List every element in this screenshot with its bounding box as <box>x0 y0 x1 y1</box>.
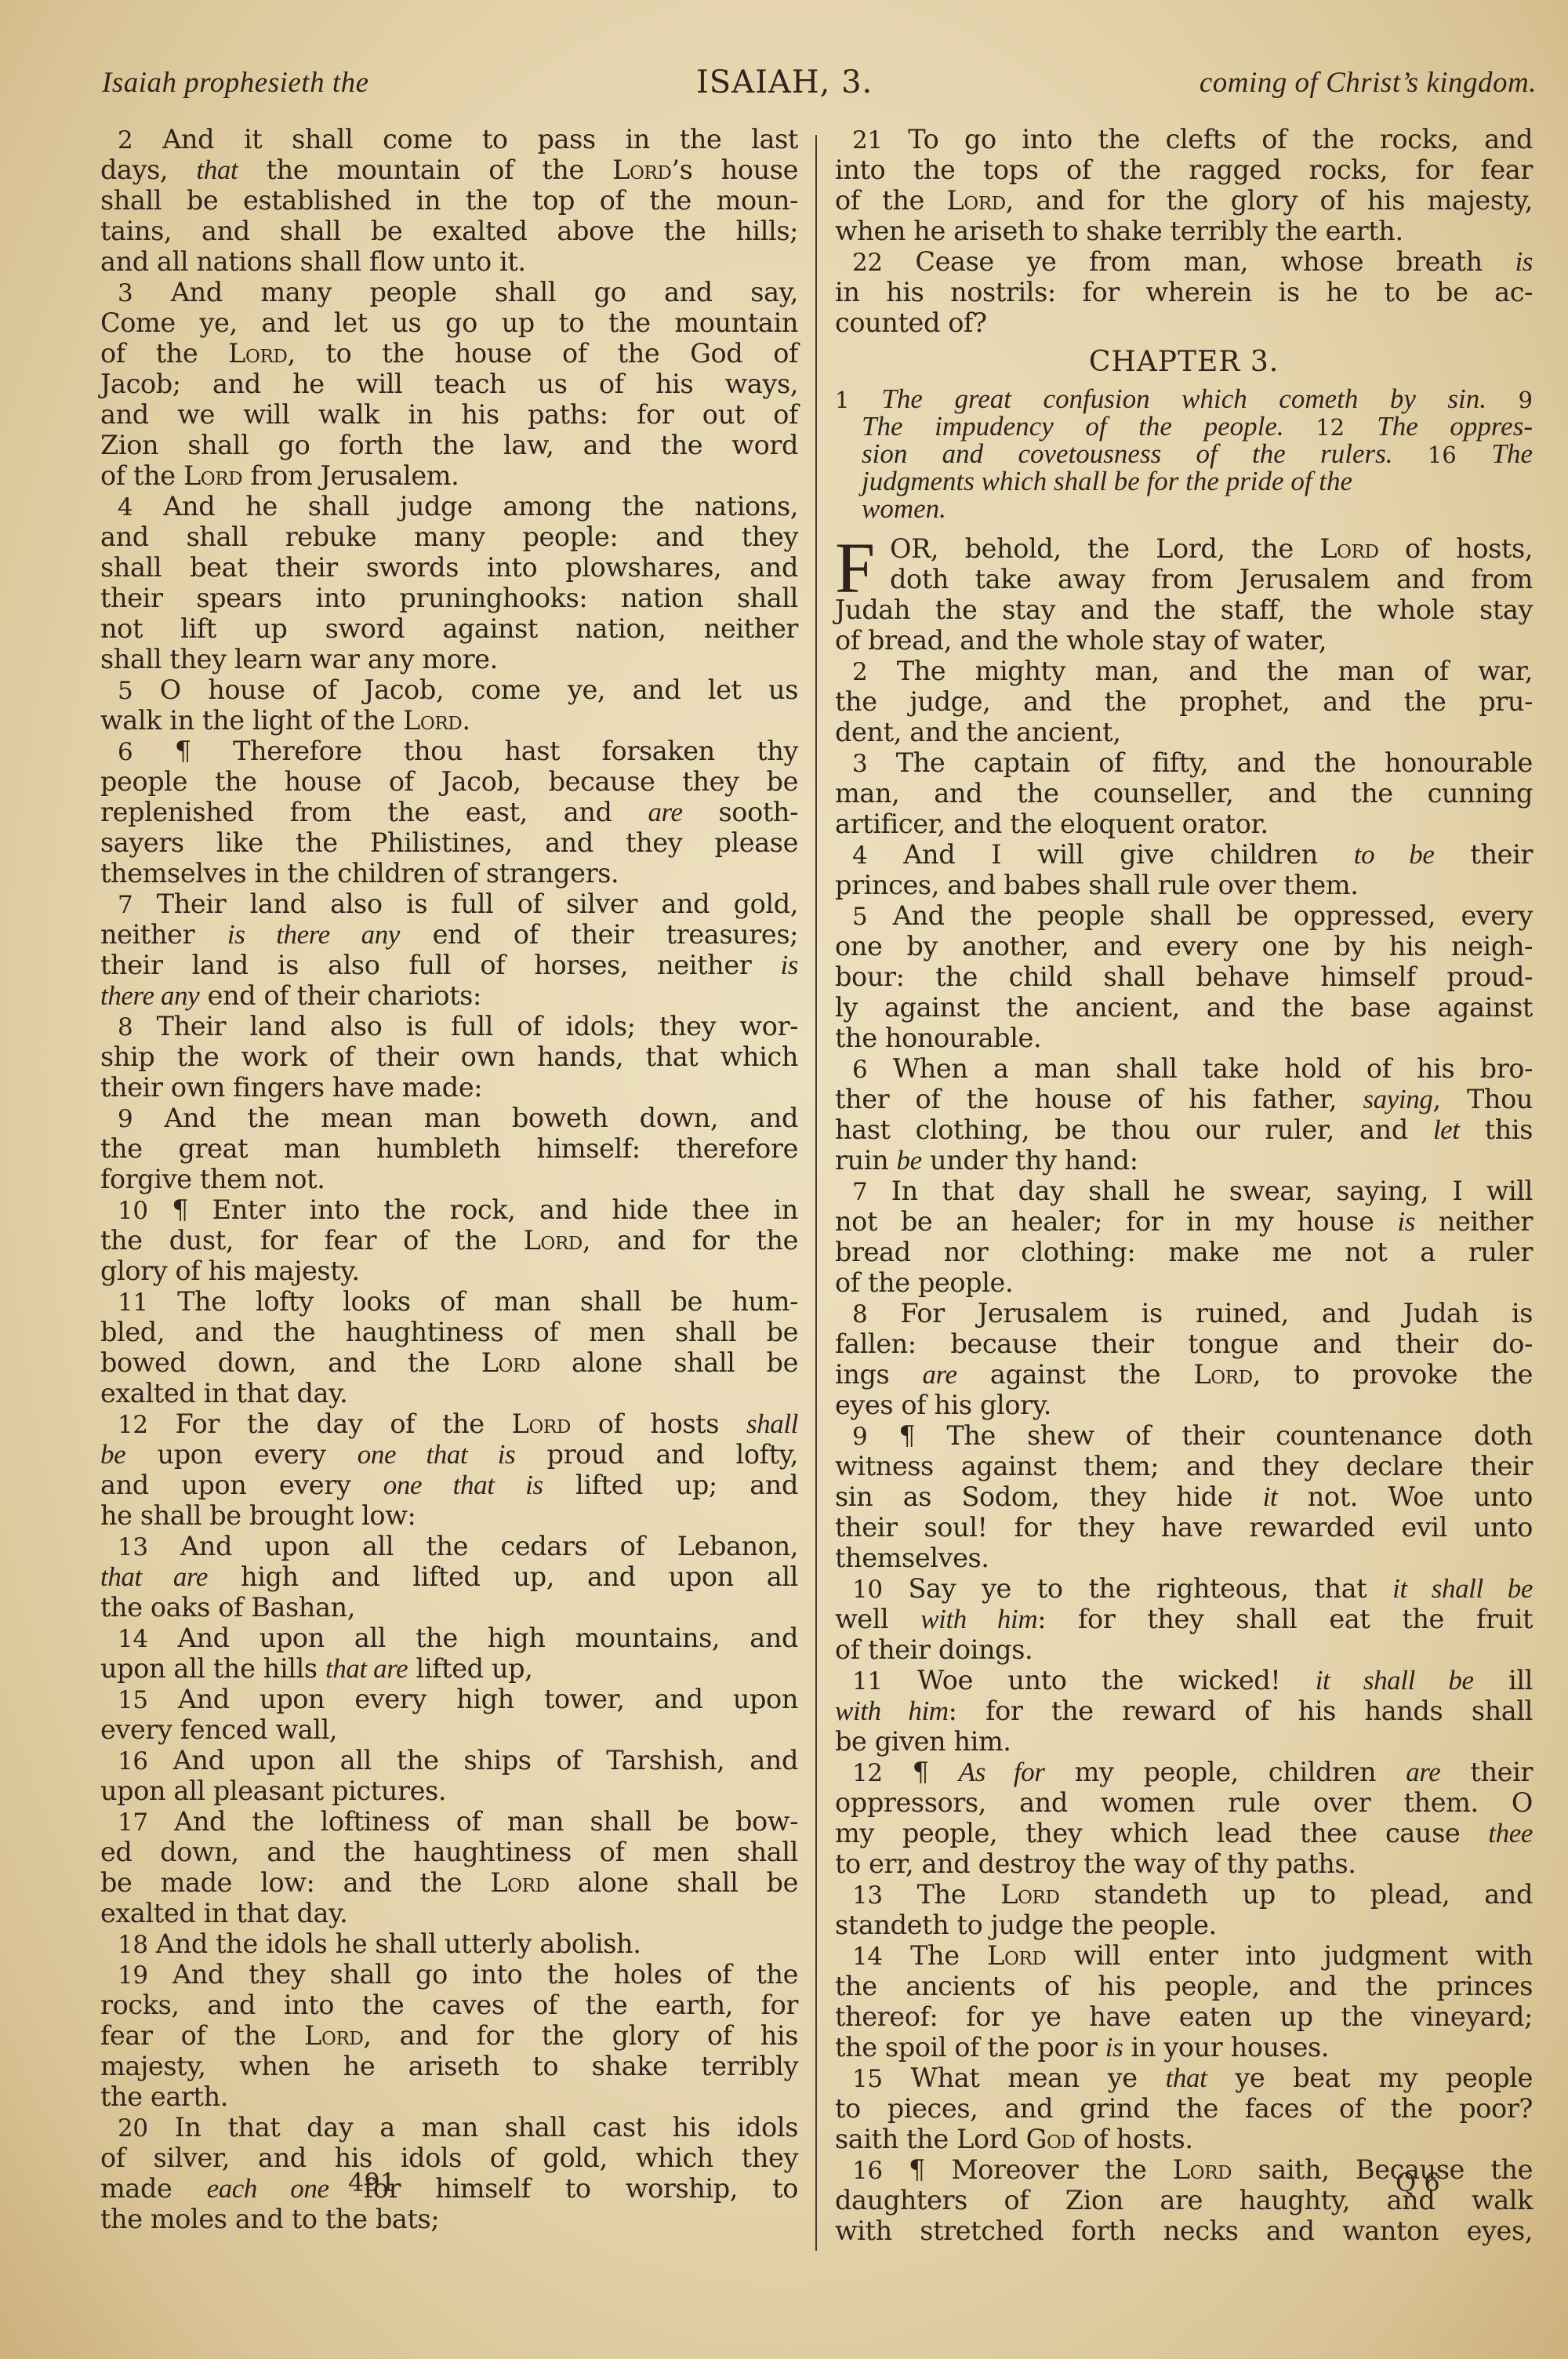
italic-supplied-word: judgments which shall be for the pride o… <box>862 466 1352 496</box>
text-line: doth take away from Jerusalem and from <box>835 564 1533 594</box>
column-divider-rule <box>815 135 817 2251</box>
text-run: their own fingers have made: <box>100 1072 482 1103</box>
verse-number: 4 <box>118 493 132 522</box>
text-run: to pieces, and grind the faces of the po… <box>835 2093 1533 2124</box>
text-run: against the <box>957 1359 1194 1390</box>
text-line: ruin be under thy hand: <box>835 1145 1533 1176</box>
text-line: be upon every one that is proud and loft… <box>100 1439 798 1470</box>
text-line: fallen: because their tongue and their d… <box>835 1329 1533 1359</box>
small-caps-divine-name: Lord <box>403 705 462 736</box>
text-line: 9 ¶ The shew of their countenance doth <box>835 1420 1533 1451</box>
text-run: ship the work of their own hands, that w… <box>100 1041 798 1072</box>
text-run: Jacob; and he will teach us of his ways, <box>100 369 798 399</box>
text-line: eyes of his glory. <box>835 1390 1533 1420</box>
verse-number: 22 <box>852 249 883 277</box>
text-run: their land is also full of horses, neith… <box>100 950 780 980</box>
text-run: the moles and to the bats; <box>100 2204 439 2234</box>
text-run: Come ye, and let us go up to the mountai… <box>100 307 798 338</box>
text-run: ye beat my people <box>1207 2063 1533 2093</box>
text-line: Come ye, and let us go up to the mountai… <box>100 307 798 338</box>
small-caps-divine-name: Lord <box>1000 1879 1059 1910</box>
text-line: 15 And upon every high tower, and upon <box>100 1684 798 1714</box>
text-run: And the idols he shall utterly abolish. <box>148 1928 641 1959</box>
text-line: 16 And upon all the ships of Tarshish, a… <box>100 1745 798 1776</box>
text-line: thereof: for ye have eaten up the vineya… <box>835 2001 1533 2032</box>
text-line: forgive them not. <box>100 1164 798 1194</box>
text-line: and all nations shall flow unto it. <box>100 246 798 277</box>
text-run: into the tops of the ragged rocks, for f… <box>835 154 1533 185</box>
chapter-summary: 1 The great confusion which cometh by si… <box>835 385 1533 522</box>
text-line: the moles and to the bats; <box>100 2204 798 2234</box>
text-run: and upon every <box>100 1470 383 1500</box>
text-run: will enter into judgment with <box>1046 1940 1533 1971</box>
verse-number: 12 <box>118 1411 148 1439</box>
text-run: forgive them not. <box>100 1164 325 1194</box>
text-line: glory of his majesty. <box>100 1256 798 1286</box>
verse-number: 2 <box>852 658 867 686</box>
text-line: 10 ¶ Enter into the rock, and hide thee … <box>100 1194 798 1225</box>
text-run: shall be established in the top of the m… <box>100 185 798 216</box>
text-run: exalted in that day. <box>100 1898 347 1928</box>
text-run: man, and the counseller, and the cunning <box>835 778 1533 809</box>
text-run: , to provoke the <box>1253 1359 1533 1390</box>
text-line: sayers like the Philistines, and they pl… <box>100 827 798 858</box>
verse-number: 16 <box>118 1747 148 1776</box>
text-line: the oaks of Bashan, <box>100 1592 798 1623</box>
text-line: 2 The mighty man, and the man of war, <box>835 656 1533 686</box>
text-line: shall they learn war any more. <box>100 644 798 674</box>
italic-supplied-word: thee <box>1488 1818 1533 1848</box>
text-run: alone shall be <box>540 1347 798 1378</box>
text-run: he shall be brought low: <box>100 1500 416 1531</box>
text-run: proud and lofty, <box>515 1439 798 1470</box>
text-run: fear of the <box>100 2020 304 2051</box>
text-run: when he ariseth to shake terribly the ea… <box>835 216 1403 246</box>
verse-number: 11 <box>118 1289 148 1317</box>
text-run: days, <box>100 154 196 185</box>
text-line: their own fingers have made: <box>100 1072 798 1103</box>
text-run: OR, behold, the Lord, the <box>890 533 1319 564</box>
text-run: Say ye to the righteous, that <box>883 1573 1393 1604</box>
text-run: For Jerusalem is ruined, and Judah is <box>867 1298 1533 1329</box>
text-line: to pieces, and grind the faces of the po… <box>835 2093 1533 2124</box>
italic-supplied-word: is there any <box>227 919 400 950</box>
text-run: not lift up sword against nation, neithe… <box>100 613 798 644</box>
text-run: alone shall be <box>550 1867 798 1898</box>
text-run: In that day a man shall cast his idols <box>148 2112 798 2143</box>
text-line: into the tops of the ragged rocks, for f… <box>835 154 1533 185</box>
text-run: not. Woe unto <box>1277 1481 1533 1512</box>
text-run: ruin <box>835 1145 897 1176</box>
text-run: fallen: because their tongue and their d… <box>835 1329 1533 1359</box>
small-caps-divine-name: Lord <box>512 1408 571 1439</box>
text-run: And the mean man boweth down, and <box>132 1103 798 1133</box>
text-line: and upon every one that is lifted up; an… <box>100 1470 798 1500</box>
text-line: bled, and the haughtiness of men shall b… <box>100 1317 798 1347</box>
text-run: And the loftiness of man shall be bow- <box>148 1806 798 1837</box>
text-run: to err, and destroy the way of thy paths… <box>835 1848 1356 1879</box>
text-run: standeth up to plead, and <box>1059 1879 1533 1910</box>
text-run: my people, children <box>1045 1757 1406 1787</box>
italic-supplied-word: that are <box>325 1653 408 1684</box>
italic-supplied-word: with him <box>835 1696 949 1726</box>
text-run: not be an healer; for in my house <box>835 1206 1397 1237</box>
text-run: Woe unto the wicked! <box>883 1665 1316 1696</box>
small-caps-divine-name: Lord <box>1319 533 1378 564</box>
text-run: Their land also is full of idols; they w… <box>132 1011 798 1041</box>
text-run: the mountain of the <box>238 154 612 185</box>
text-line: 11 The lofty looks of man shall be hum- <box>100 1286 798 1317</box>
verse-number: 6 <box>852 1056 867 1084</box>
text-run: ’s house <box>671 154 798 185</box>
text-run: well <box>835 1604 920 1634</box>
verse-number: 7 <box>118 891 132 919</box>
text-run: The <box>883 1940 987 1971</box>
italic-supplied-word: there any <box>100 980 199 1011</box>
text-line: majesty, when he ariseth to shake terrib… <box>100 2051 798 2081</box>
text-line: neither is there any end of their treasu… <box>100 919 798 950</box>
text-line: princes, and babes shall rule over them. <box>835 870 1533 900</box>
text-run: the great man humbleth himself: therefor… <box>100 1133 798 1164</box>
text-run: end of their treasures; <box>400 919 798 950</box>
text-run: and shall rebuke many people: and they <box>100 522 798 552</box>
verse-number: 4 <box>852 841 867 870</box>
text-run: 16 <box>1428 442 1492 468</box>
text-line: ed down, and the haughtiness of men shal… <box>100 1837 798 1867</box>
text-run: And it shall come to pass in the last <box>132 124 798 154</box>
verse-number: 5 <box>118 677 132 705</box>
text-line: shall be established in the top of the m… <box>100 185 798 216</box>
text-line: upon all pleasant pictures. <box>100 1776 798 1806</box>
text-line: people the house of Jacob, because they … <box>100 766 798 797</box>
text-line: 6 When a man shall take hold of his bro- <box>835 1053 1533 1084</box>
text-run: ings <box>835 1359 923 1390</box>
text-run: 1 <box>835 387 881 413</box>
text-run: of bread, and the whole stay of water, <box>835 625 1327 656</box>
text-line: 22 Cease ye from man, whose breath is <box>835 246 1533 277</box>
text-run: people the house of Jacob, because they … <box>100 766 798 797</box>
text-run: bled, and the haughtiness of men shall b… <box>100 1317 798 1347</box>
text-run: The <box>883 1879 1000 1910</box>
text-run: 9 <box>1519 387 1533 413</box>
text-run: , and for the glory of his majesty, <box>1006 185 1533 216</box>
verse-number: 13 <box>118 1533 148 1561</box>
text-line: bread nor clothing: make me not a ruler <box>835 1237 1533 1267</box>
italic-supplied-word: The great confusion which cometh by sin. <box>881 383 1518 414</box>
text-line: their spears into pruninghooks: nation s… <box>100 583 798 613</box>
text-run: ill <box>1474 1665 1533 1696</box>
verse-number: 8 <box>118 1013 132 1041</box>
verse-number: 21 <box>852 126 883 154</box>
italic-supplied-word: are <box>1406 1757 1440 1787</box>
text-line: rocks, and into the caves of the earth, … <box>100 1990 798 2020</box>
italic-supplied-word: one that is <box>383 1470 543 1500</box>
text-line: 7 In that day shall he swear, saying, I … <box>835 1176 1533 1206</box>
text-line: not lift up sword against nation, neithe… <box>100 613 798 644</box>
verse-number: 8 <box>852 1300 867 1329</box>
text-run: tains, and shall be exalted above the hi… <box>100 216 798 246</box>
text-run: ¶ <box>883 1757 959 1787</box>
italic-supplied-word: is <box>1397 1206 1415 1237</box>
text-run: The lofty looks of man shall be hum- <box>148 1286 798 1317</box>
text-line: 3 And many people shall go and say, <box>100 277 798 307</box>
text-run: the ancients of his people, and the prin… <box>835 1971 1533 2001</box>
text-line: 11 Woe unto the wicked! it shall be ill <box>835 1665 1533 1696</box>
text-line: 6 ¶ Therefore thou hast forsaken thy <box>100 736 798 766</box>
verse-number: 15 <box>118 1686 148 1714</box>
text-run: of the <box>100 460 183 491</box>
text-line: their soul! for they have rewarded evil … <box>835 1512 1533 1543</box>
text-run: princes, and babes shall rule over them. <box>835 870 1358 900</box>
text-line: the ancients of his people, and the prin… <box>835 1971 1533 2001</box>
text-run: replenished from the east, and <box>100 797 648 827</box>
text-run: , and for the <box>583 1225 798 1256</box>
text-run: the honourable. <box>835 1023 1041 1053</box>
text-run: sayers like the Philistines, and they pl… <box>100 827 798 858</box>
text-run: every fenced wall, <box>100 1714 337 1745</box>
text-run: artificer, and the eloquent orator. <box>835 809 1269 839</box>
text-line: standeth to judge the people. <box>835 1910 1533 1940</box>
verse-number: 19 <box>118 1961 148 1990</box>
verse-number: 15 <box>852 2065 883 2093</box>
text-run: And upon all the cedars of Lebanon, <box>148 1531 798 1561</box>
verse-number: 5 <box>852 903 867 931</box>
text-run: . <box>462 705 470 736</box>
small-caps-divine-name: Lord <box>304 2020 363 2051</box>
text-line: the dust, for fear of the Lord, and for … <box>100 1225 798 1256</box>
verse-number: 3 <box>852 750 867 778</box>
text-line: 14 And upon all the high mountains, and <box>100 1623 798 1653</box>
text-run: and we will walk in his paths: for out o… <box>100 399 798 430</box>
text-run: ¶ Enter into the rock, and hide thee in <box>148 1194 798 1225</box>
text-line: 21 To go into the clefts of the rocks, a… <box>835 124 1533 154</box>
text-run: Zion shall go forth the law, and the wor… <box>100 430 798 460</box>
text-line: 14 The Lord will enter into judgment wit… <box>835 1940 1533 1971</box>
text-run: end of their chariots: <box>199 980 481 1011</box>
text-line: 8 For Jerusalem is ruined, and Judah is <box>835 1298 1533 1329</box>
text-run: sooth- <box>683 797 798 827</box>
italic-supplied-word: be <box>897 1145 922 1176</box>
italic-supplied-word: are <box>923 1359 957 1390</box>
text-run: What mean ye <box>883 2063 1166 2093</box>
text-run: ther of the house of his father, <box>835 1084 1363 1114</box>
verse-number: 14 <box>852 1943 883 1971</box>
text-line: the spoil of the poor is in your houses. <box>835 2032 1533 2063</box>
verse-number: 11 <box>852 1667 883 1696</box>
text-line: The impudency of the people. 12 The oppr… <box>835 413 1533 440</box>
italic-supplied-word: be <box>100 1439 125 1470</box>
verse-number: 12 <box>852 1759 883 1787</box>
text-line: 5 O house of Jacob, come ye, and let us <box>100 674 798 705</box>
text-run: And upon every high tower, and upon <box>148 1684 798 1714</box>
text-run: shall beat their swords into plowshares,… <box>100 552 798 583</box>
text-line: hast clothing, be thou our ruler, and le… <box>835 1114 1533 1145</box>
text-line: ly against the ancient, and the base aga… <box>835 992 1533 1023</box>
text-line: the honourable. <box>835 1023 1533 1053</box>
text-run: , Thou <box>1432 1084 1533 1114</box>
text-line: there any end of their chariots: <box>100 980 798 1011</box>
drop-cap-initial: F <box>835 535 875 601</box>
text-run: Cease ye from man, whose breath <box>883 246 1515 277</box>
italic-supplied-word: each one <box>207 2173 329 2204</box>
text-line: tains, and shall be exalted above the hi… <box>100 216 798 246</box>
verse-number: 6 <box>118 738 132 766</box>
text-run: high and lifted up, and upon all <box>208 1561 798 1592</box>
text-line: ship the work of their own hands, that w… <box>100 1041 798 1072</box>
text-line: oppressors, and women rule over them. O <box>835 1787 1533 1818</box>
text-run: And the people shall be oppressed, every <box>867 900 1533 931</box>
text-run: dent, and the ancient, <box>835 717 1121 747</box>
text-line: ther of the house of his father, saying,… <box>835 1084 1533 1114</box>
italic-supplied-word: with him <box>920 1604 1037 1634</box>
text-run: one by another, and every one by his nei… <box>835 931 1533 961</box>
text-run: with stretched forth necks and wanton ey… <box>835 2215 1533 2246</box>
text-run: and all nations shall flow unto it. <box>100 246 526 277</box>
chapter-3-text: F OR, behold, the Lord, the Lord of host… <box>835 533 1533 2246</box>
text-run: And they shall go into the holes of the <box>148 1959 798 1990</box>
text-run: the spoil of the poor <box>835 2032 1105 2063</box>
text-run: sin as Sodom, they hide <box>835 1481 1263 1512</box>
text-run: of the people. <box>835 1267 1013 1298</box>
italic-supplied-word: is <box>1105 2032 1123 2063</box>
text-run: glory of his majesty. <box>100 1256 360 1286</box>
text-line: when he ariseth to shake terribly the ea… <box>835 216 1533 246</box>
verse-number: 7 <box>852 1178 867 1206</box>
text-line: upon all the hills that are lifted up, <box>100 1653 798 1684</box>
text-line: and shall rebuke many people: and they <box>100 522 798 552</box>
text-line: ings are against the Lord, to provoke th… <box>835 1359 1533 1390</box>
text-run: bour: the child shall behave himself pro… <box>835 961 1533 992</box>
page-number: 491 <box>348 2168 396 2197</box>
text-run: And upon all the ships of Tarshish, and <box>148 1745 798 1776</box>
text-line: 4 And he shall judge among the nations, <box>100 491 798 522</box>
small-caps-divine-name: God <box>1026 2124 1076 2154</box>
text-line: 13 And upon all the cedars of Lebanon, <box>100 1531 798 1561</box>
verse-number: 10 <box>118 1197 148 1225</box>
verse-number: 10 <box>852 1576 883 1604</box>
text-run: the dust, for fear of the <box>100 1225 524 1256</box>
verse-number: 16 <box>852 2157 883 2185</box>
text-run: neither <box>100 919 227 950</box>
text-run: When a man shall take hold of his bro- <box>867 1053 1533 1084</box>
text-run: upon all pleasant pictures. <box>100 1776 446 1806</box>
small-caps-divine-name: Lord <box>228 338 287 369</box>
text-run: this <box>1460 1114 1533 1145</box>
text-run: my people, they which lead thee cause <box>835 1818 1488 1848</box>
text-line: 12 ¶ As for my people, children are thei… <box>835 1757 1533 1787</box>
text-line: replenished from the east, and are sooth… <box>100 797 798 827</box>
text-run: their soul! for they have rewarded evil … <box>835 1512 1533 1543</box>
text-run: of hosts. <box>1075 2124 1192 2154</box>
text-line: 18 And the idols he shall utterly abolis… <box>100 1928 798 1959</box>
text-line: saith the Lord God of hosts. <box>835 2124 1533 2154</box>
small-caps-divine-name: Lord <box>490 1867 549 1898</box>
text-run: The captain of fifty, and the honourable <box>867 747 1533 778</box>
small-caps-divine-name: Lord <box>946 185 1005 216</box>
italic-supplied-word: is <box>780 950 798 980</box>
text-line: exalted in that day. <box>100 1898 798 1928</box>
text-run: of hosts <box>571 1408 746 1439</box>
text-line: sin as Sodom, they hide it not. Woe unto <box>835 1481 1533 1512</box>
text-line: women. <box>835 495 1533 522</box>
running-head-right: coming of Christ’s kingdom. <box>1200 66 1537 100</box>
italic-supplied-word: sion and covetousness of the rulers. <box>862 438 1428 469</box>
text-run: 12 <box>1316 414 1377 441</box>
text-line: with stretched forth necks and wanton ey… <box>835 2215 1533 2246</box>
text-line: days, that the mountain of the Lord’s ho… <box>100 154 798 185</box>
text-line: every fenced wall, <box>100 1714 798 1745</box>
text-line: themselves. <box>835 1543 1533 1573</box>
bible-page: Isaiah prophesieth the ISAIAH, 3. coming… <box>0 0 1568 2359</box>
small-caps-divine-name: Lord <box>183 460 242 491</box>
text-run: saith the Lord <box>835 2124 1026 2154</box>
text-run: the judge, and the prophet, and the pru- <box>835 686 1533 717</box>
italic-supplied-word: The impudency of the people. <box>862 411 1316 442</box>
text-line: the earth. <box>100 2081 798 2112</box>
text-line: one by another, and every one by his nei… <box>835 931 1533 961</box>
small-caps-divine-name: Lord <box>1193 1359 1252 1390</box>
text-line: themselves in the children of strangers. <box>100 858 798 889</box>
text-line: 15 What mean ye that ye beat my people <box>835 2063 1533 2093</box>
text-run: O house of Jacob, come ye, and let us <box>132 674 798 705</box>
text-run: made <box>100 2173 207 2204</box>
text-run: the oaks of Bashan, <box>100 1592 355 1623</box>
text-run: doth take away from Jerusalem and from <box>890 564 1533 594</box>
text-run: For the day of the <box>148 1408 512 1439</box>
text-run: ¶ Therefore thou hast forsaken thy <box>132 736 798 766</box>
text-line: be made low: and the Lord alone shall be <box>100 1867 798 1898</box>
text-run: of the <box>835 185 946 216</box>
text-run: The mighty man, and the man of war, <box>867 656 1533 686</box>
text-line: their land is also full of horses, neith… <box>100 950 798 980</box>
text-line: my people, they which lead thee cause th… <box>835 1818 1533 1848</box>
text-line: in his nostrils: for wherein is he to be… <box>835 277 1533 307</box>
text-run: Their land also is full of silver and go… <box>132 889 798 919</box>
text-line: of the people. <box>835 1267 1533 1298</box>
italic-supplied-word: it shall be <box>1316 1665 1474 1696</box>
text-line: 9 And the mean man boweth down, and <box>100 1103 798 1133</box>
text-run: And I will give children <box>867 839 1353 870</box>
italic-supplied-word: one that is <box>358 1439 515 1470</box>
italic-supplied-word: to be <box>1354 839 1435 870</box>
text-line: of the Lord, and for the glory of his ma… <box>835 185 1533 216</box>
right-column: 21 To go into the clefts of the rocks, a… <box>835 124 1533 2246</box>
text-line: 10 Say ye to the righteous, that it shal… <box>835 1573 1533 1604</box>
text-line: 7 Their land also is full of silver and … <box>100 889 798 919</box>
text-run: exalted in that day. <box>100 1378 347 1408</box>
text-run: And upon all the high mountains, and <box>148 1623 798 1653</box>
text-run: the earth. <box>100 2081 228 2112</box>
text-run: from Jerusalem. <box>242 460 459 491</box>
text-line: of bread, and the whole stay of water, <box>835 625 1533 656</box>
text-run: under thy hand: <box>922 1145 1138 1176</box>
italic-supplied-word: As for <box>959 1757 1045 1787</box>
text-line: to err, and destroy the way of thy paths… <box>835 1848 1533 1879</box>
italic-supplied-word: that are <box>100 1561 208 1592</box>
text-line: and we will walk in his paths: for out o… <box>100 399 798 430</box>
text-run: In that day shall he swear, saying, I wi… <box>867 1176 1533 1206</box>
italic-supplied-word: saying <box>1363 1084 1432 1114</box>
text-line: 2 And it shall come to pass in the last <box>100 124 798 154</box>
text-run: lifted up; and <box>543 1470 798 1500</box>
text-line: sion and covetousness of the rulers. 16 … <box>835 440 1533 467</box>
italic-supplied-word: women. <box>862 493 946 524</box>
verse-number: 9 <box>852 1423 867 1451</box>
text-line: not be an healer; for in my house is nei… <box>835 1206 1533 1237</box>
text-line: Jacob; and he will teach us of his ways, <box>100 369 798 399</box>
text-line: of silver, and his idols of gold, which … <box>100 2143 798 2173</box>
text-run: ed down, and the haughtiness of men shal… <box>100 1837 798 1867</box>
